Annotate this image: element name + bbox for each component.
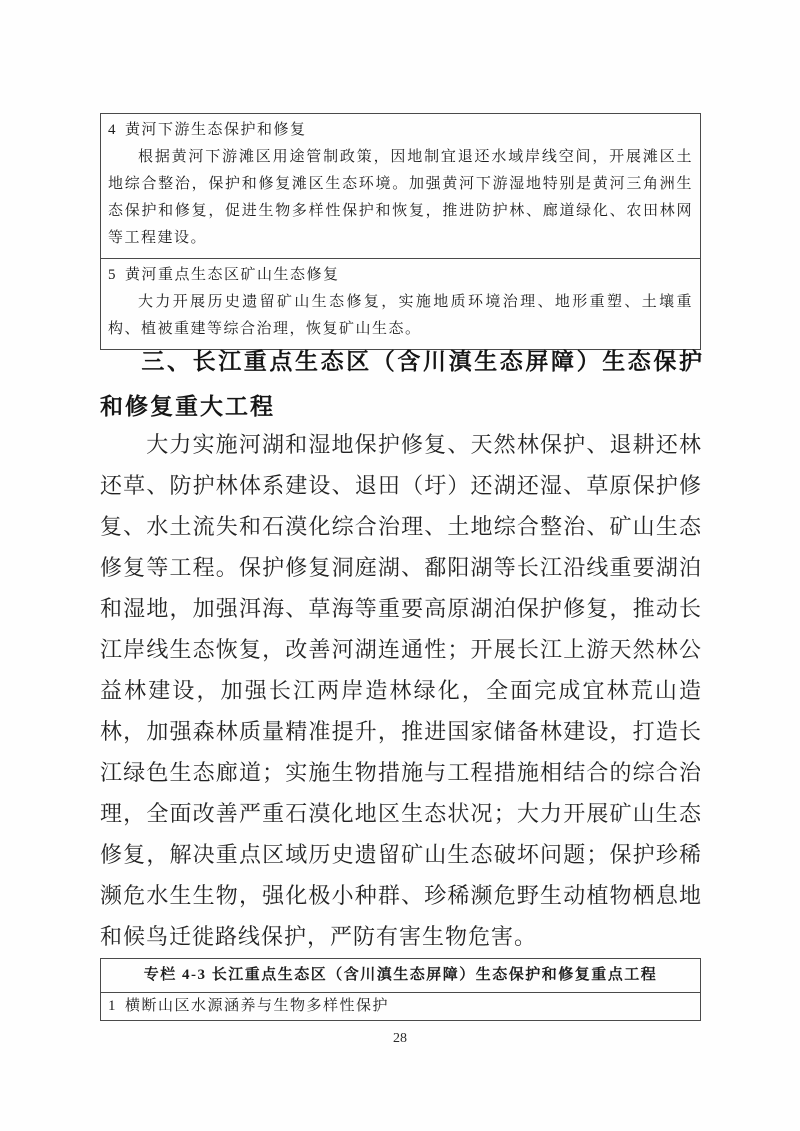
row-title-text: 黄河下游生态保护和修复 bbox=[125, 122, 307, 138]
table-row: 1横断山区水源涵养与生物多样性保护 bbox=[101, 993, 700, 1020]
row-title: 5黄河重点生态区矿山生态修复 bbox=[108, 262, 693, 289]
yangtze-box-table: 专栏 4-3 长江重点生态区（含川滇生态屏障）生态保护和修复重点工程 1横断山区… bbox=[100, 958, 701, 1021]
page-number: 28 bbox=[0, 1031, 800, 1047]
section-paragraph: 大力实施河湖和湿地保护修复、天然林保护、退耕还林还草、防护林体系建设、退田（圩）… bbox=[100, 424, 702, 957]
row-number: 5 bbox=[108, 267, 117, 283]
table-header: 专栏 4-3 长江重点生态区（含川滇生态屏障）生态保护和修复重点工程 bbox=[101, 959, 700, 993]
row-title: 4黄河下游生态保护和修复 bbox=[108, 117, 693, 144]
row-number: 4 bbox=[108, 122, 117, 138]
row-body: 大力开展历史遗留矿山生态修复，实施地质环境治理、地形重塑、土壤重构、植被重建等综… bbox=[108, 289, 693, 343]
row-title-text: 黄河重点生态区矿山生态修复 bbox=[125, 267, 340, 283]
row-title-text: 横断山区水源涵养与生物多样性保护 bbox=[125, 998, 389, 1014]
row-number: 1 bbox=[108, 998, 117, 1014]
yellow-river-box-table: 4黄河下游生态保护和修复 根据黄河下游滩区用途管制政策，因地制宜退还水域岸线空间… bbox=[100, 113, 701, 350]
row-body: 根据黄河下游滩区用途管制政策，因地制宜退还水域岸线空间，开展滩区土地综合整治，保… bbox=[108, 144, 693, 252]
table-row: 4黄河下游生态保护和修复 根据黄河下游滩区用途管制政策，因地制宜退还水域岸线空间… bbox=[101, 114, 700, 258]
document-page: 4黄河下游生态保护和修复 根据黄河下游滩区用途管制政策，因地制宜退还水域岸线空间… bbox=[0, 0, 800, 1131]
table-row: 5黄河重点生态区矿山生态修复 大力开展历史遗留矿山生态修复，实施地质环境治理、地… bbox=[101, 258, 700, 349]
section-heading: 三、长江重点生态区（含川滇生态屏障）生态保护和修复重大工程 bbox=[100, 339, 704, 429]
